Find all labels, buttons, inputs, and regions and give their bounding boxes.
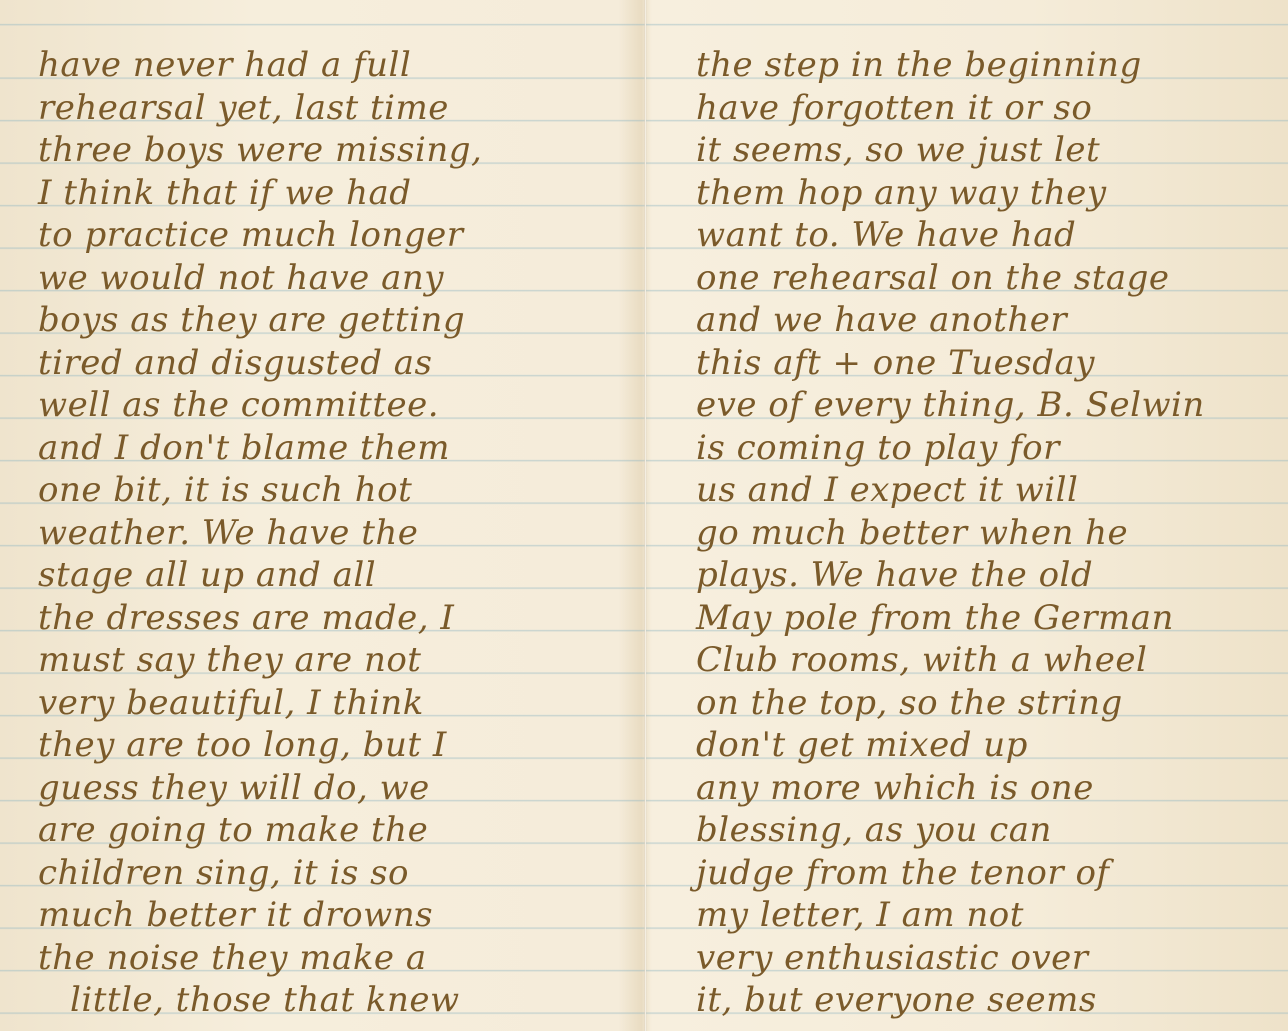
handwritten-line: eve of every thing, B. Selwin: [646, 384, 1288, 427]
handwritten-line: they are too long, but I: [0, 724, 645, 767]
handwritten-line: well as the committee.: [0, 384, 645, 427]
handwritten-line: go much better when he: [646, 512, 1288, 555]
handwritten-line: Club rooms, with a wheel: [646, 639, 1288, 682]
handwritten-line: very beautiful, I think: [0, 682, 645, 725]
handwritten-line: three boys were missing,: [0, 129, 645, 172]
handwritten-line: the dresses are made, I: [0, 597, 645, 640]
handwritten-line: guess they will do, we: [0, 767, 645, 810]
handwritten-line: judge from the tenor of: [646, 852, 1288, 895]
handwritten-line: we would not have any: [0, 257, 645, 300]
letter-spread: have never had a full rehearsal yet, las…: [0, 0, 1288, 1031]
handwritten-line: children sing, it is so: [0, 852, 645, 895]
handwritten-line: it seems, so we just let: [646, 129, 1288, 172]
handwritten-line: this aft + one Tuesday: [646, 342, 1288, 385]
handwritten-line: have never had a full: [0, 44, 645, 87]
handwritten-line: is coming to play for: [646, 427, 1288, 470]
handwritten-line: May pole from the German: [646, 597, 1288, 640]
left-page-text: have never had a full rehearsal yet, las…: [0, 44, 645, 1022]
handwritten-line: weather. We have the: [0, 512, 645, 555]
left-page: have never had a full rehearsal yet, las…: [0, 0, 645, 1031]
handwritten-line: don't get mixed up: [646, 724, 1288, 767]
handwritten-line: must say they are not: [0, 639, 645, 682]
handwritten-line: boys as they are getting: [0, 299, 645, 342]
handwritten-line: stage all up and all: [0, 554, 645, 597]
handwritten-line: and we have another: [646, 299, 1288, 342]
right-page-text: the step in the beginning have forgotten…: [646, 44, 1288, 1022]
handwritten-line: and I don't blame them: [0, 427, 645, 470]
handwritten-line: any more which is one: [646, 767, 1288, 810]
handwritten-line: us and I expect it will: [646, 469, 1288, 512]
handwritten-line: plays. We have the old: [646, 554, 1288, 597]
right-page: the step in the beginning have forgotten…: [646, 0, 1288, 1031]
handwritten-line: little, those that knew: [0, 979, 645, 1022]
handwritten-line: to practice much longer: [0, 214, 645, 257]
handwritten-line: my letter, I am not: [646, 894, 1288, 937]
handwritten-line: blessing, as you can: [646, 809, 1288, 852]
handwritten-line: are going to make the: [0, 809, 645, 852]
handwritten-line: I think that if we had: [0, 172, 645, 215]
handwritten-line: tired and disgusted as: [0, 342, 645, 385]
handwritten-line: the noise they make a: [0, 937, 645, 980]
handwritten-line: have forgotten it or so: [646, 87, 1288, 130]
handwritten-line: on the top, so the string: [646, 682, 1288, 725]
handwritten-line: want to. We have had: [646, 214, 1288, 257]
handwritten-line: one rehearsal on the stage: [646, 257, 1288, 300]
handwritten-line: the step in the beginning: [646, 44, 1288, 87]
handwritten-line: one bit, it is such hot: [0, 469, 645, 512]
handwritten-line: rehearsal yet, last time: [0, 87, 645, 130]
handwritten-line: very enthusiastic over: [646, 937, 1288, 980]
handwritten-line: them hop any way they: [646, 172, 1288, 215]
handwritten-line: it, but everyone seems: [646, 979, 1288, 1022]
handwritten-line: much better it drowns: [0, 894, 645, 937]
